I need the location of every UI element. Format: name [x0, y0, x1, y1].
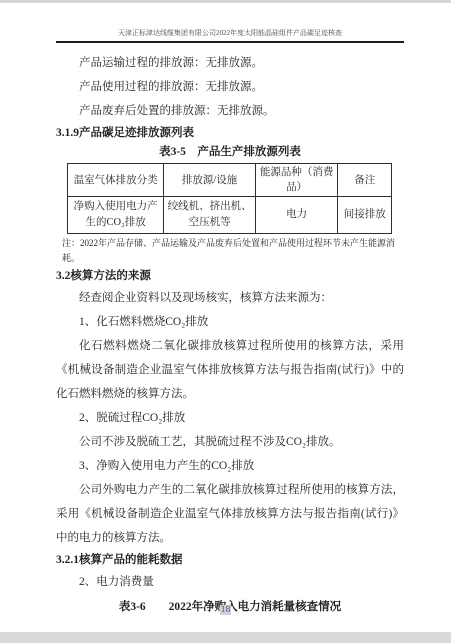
list-item-power-consumption: 2、电力消费量 [56, 570, 404, 594]
running-header-title: 天津正标津达线缆集团有限公司2022年度太阳能晶硅组件产品碳足迹核查 [56, 29, 404, 38]
table-3-5-header-row: 温室气体排放分类 排放源/设施 能源品种（消费品） 备注 [68, 164, 392, 197]
table-header-ghg-category: 温室气体排放分类 [68, 164, 164, 197]
paragraph-desulfurization: 公司不涉及脱硫工艺，其脱硫过程不涉及CO₂排放。 [56, 430, 404, 454]
table-header-emission-source: 排放源/设施 [164, 164, 256, 197]
page-number: 18 [220, 605, 232, 615]
paragraph-disposal-emission: 产品废弃后处置的排放源：无排放源。 [56, 99, 404, 123]
table-3-5: 温室气体排放分类 排放源/设施 能源品种（消费品） 备注 净购入使用电力产生的C… [67, 163, 392, 234]
table-header-energy-type: 能源品种（消费品） [255, 164, 338, 197]
paragraph-electricity-method: 公司外购电力产生的二氧化碳排放核算过程所使用的核算方法，采用《机械设备制造企业温… [56, 478, 404, 550]
table-header-remark: 备注 [338, 164, 392, 197]
cell-ghg-category: 净购入使用电力产生的CO₂排放 [68, 197, 164, 234]
cell-energy-type: 电力 [255, 197, 338, 234]
table-3-5-note: 注：2022年产品存储、产品运输及产品废弃后处置和产品使用过程环节未产生能源消耗… [62, 236, 404, 266]
paragraph-fossil-method: 化石燃料燃烧二氧化碳排放核算过程所使用的核算方法，采用《机械设备制造企业温室气体… [56, 334, 404, 406]
heading-3-1-9: 3.1.9产品碳足迹排放源列表 [56, 123, 404, 143]
cell-emission-source: 绞线机、挤出机、空压机等 [164, 197, 256, 234]
running-header: 天津正标津达线缆集团有限公司2022年度太阳能晶硅组件产品碳足迹核查 [56, 0, 404, 43]
table-row: 净购入使用电力产生的CO₂排放 绞线机、挤出机、空压机等 电力 间接排放 [68, 197, 392, 234]
document-page: 天津正标津达线缆集团有限公司2022年度太阳能晶硅组件产品碳足迹核查 产品运输过… [0, 0, 451, 643]
paragraph-use-emission: 产品使用过程的排放源：无排放源。 [56, 75, 404, 99]
document-body: 产品运输过程的排放源：无排放源。 产品使用过程的排放源：无排放源。 产品废弃后处… [56, 43, 404, 616]
table-3-5-caption: 表3-5 产品生产排放源列表 [56, 143, 404, 161]
paragraph-method-intro: 经查阅企业资料以及现场核实，核算方法来源为： [56, 286, 404, 310]
list-item-2-desulfurization: 2、脱硫过程CO₂排放 [56, 406, 404, 430]
cell-remark: 间接排放 [338, 197, 392, 234]
page-footer: 18 [0, 599, 451, 617]
page-bottom-edge [0, 632, 451, 643]
list-item-3-electricity: 3、净购入使用电力产生的CO₂排放 [56, 454, 404, 478]
list-item-1-fossil-fuel: 1、化石燃料燃烧CO₂排放 [56, 310, 404, 334]
heading-3-2: 3.2核算方法的来源 [56, 266, 404, 286]
paragraph-transport-emission: 产品运输过程的排放源：无排放源。 [56, 51, 404, 75]
heading-3-2-1: 3.2.1核算产品的能耗数据 [56, 550, 404, 570]
